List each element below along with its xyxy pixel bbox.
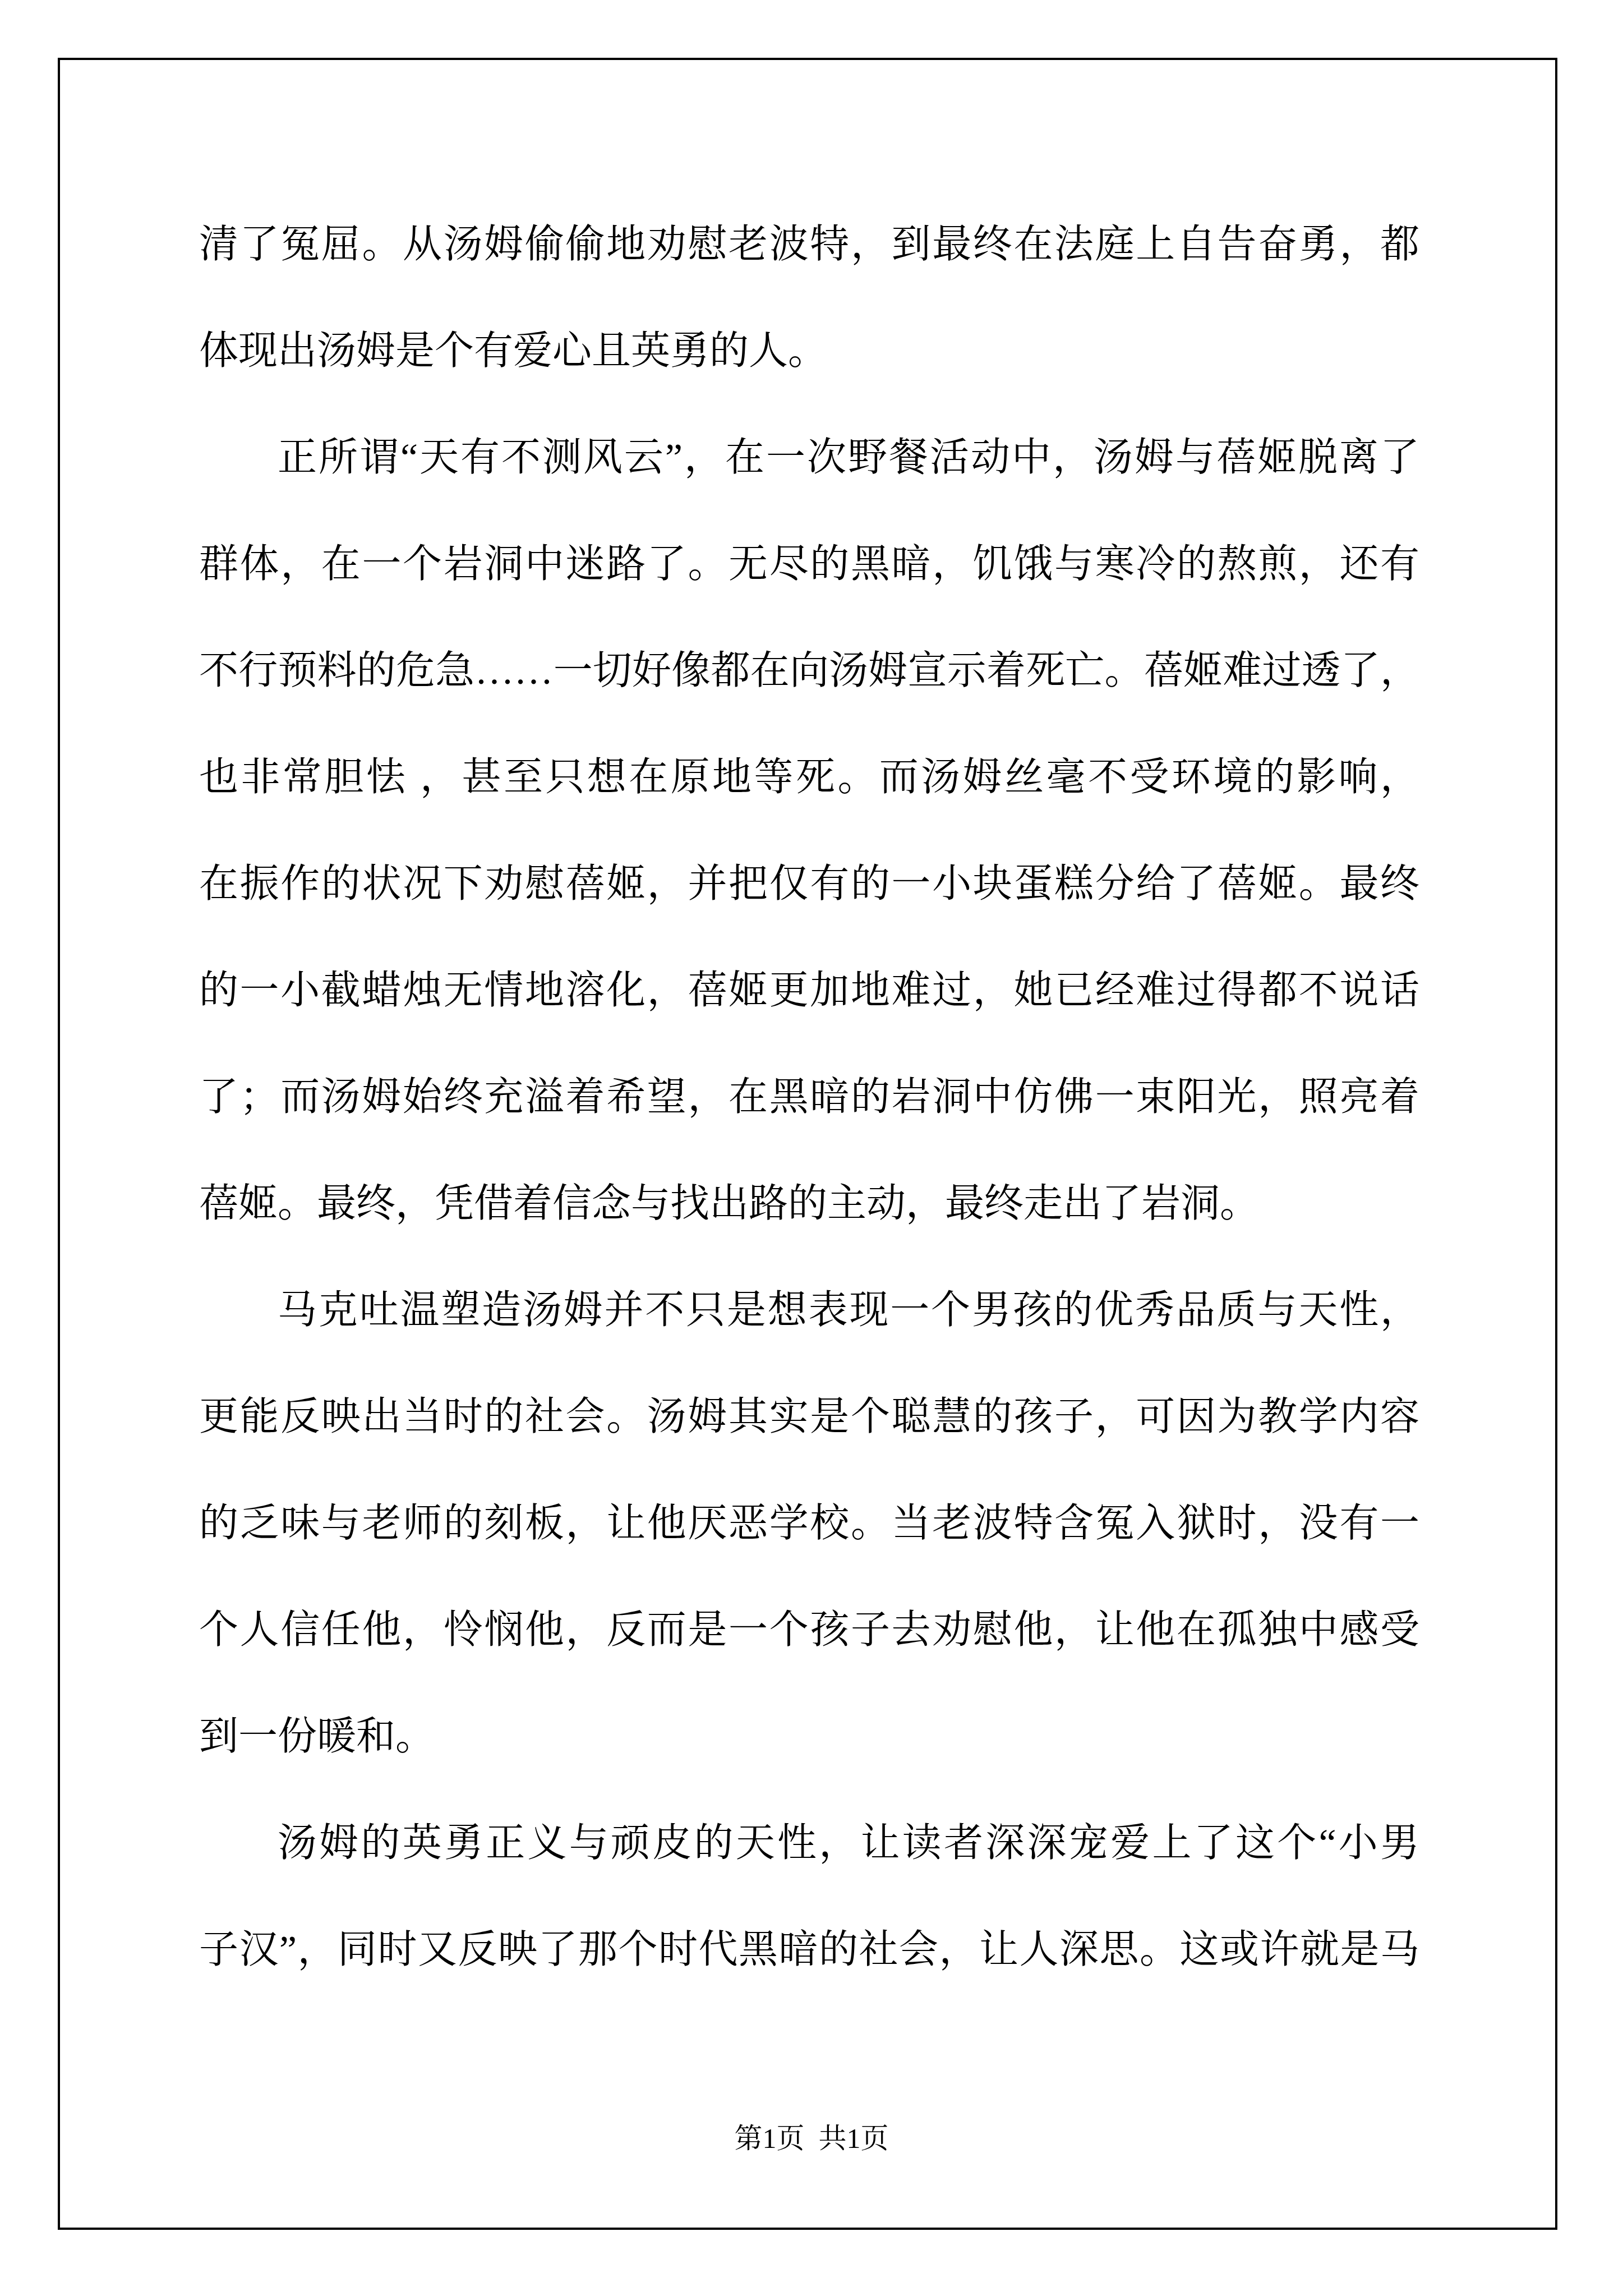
text-line: 群体，在一个岩洞中迷路了。无尽的黑暗，饥饿与寒冷的熬煎，还有 xyxy=(199,512,1419,618)
text-line: 马克吐温塑造汤姆并不只是想表现一个男孩的优秀品质与天性， xyxy=(199,1258,1419,1364)
text-line: 个人信任他，怜悯他，反而是一个孩子去劝慰他，让他在孤独中感受 xyxy=(199,1577,1419,1684)
text-line: 正所谓“天有不测风云”，在一次野餐活动中，汤姆与蓓姬脱离了 xyxy=(199,405,1419,512)
text-line: 更能反映出当时的社会。汤姆其实是个聪慧的孩子，可因为教学内容 xyxy=(199,1364,1419,1471)
text-line: 汤姆的英勇正义与顽皮的天性，让读者深深宠爱上了这个“小男 xyxy=(199,1791,1419,1897)
text-line: 的乏味与老师的刻板，让他厌恶学校。当老波特含冤入狱时，没有一 xyxy=(199,1471,1419,1577)
document-body: 清了冤屈。从汤姆偷偷地劝慰老波特，到最终在法庭上自告奋勇，都体现出汤姆是个有爱心… xyxy=(199,192,1419,2004)
text-line: 蓓姬。最终，凭借着信念与找出路的主动，最终走出了岩洞。 xyxy=(199,1151,1419,1258)
text-line: 的一小截蜡烛无情地溶化，蓓姬更加地难过，她已经难过得都不说话 xyxy=(199,938,1419,1045)
text-line: 清了冤屈。从汤姆偷偷地劝慰老波特，到最终在法庭上自告奋勇，都 xyxy=(199,192,1419,298)
text-line: 不行预料的危急……一切好像都在向汤姆宣示着死亡。蓓姬难过透了， xyxy=(199,618,1419,725)
document-page: { "page": { "background_color": "#ffffff… xyxy=(0,0,1623,2296)
text-line: 体现出汤姆是个有爱心且英勇的人。 xyxy=(199,298,1419,405)
text-line: 了；而汤姆始终充溢着希望，在黑暗的岩洞中仿佛一束阳光，照亮着 xyxy=(199,1045,1419,1151)
text-line: 子汉”，同时又反映了那个时代黑暗的社会，让人深思。这或许就是马 xyxy=(199,1897,1419,2004)
text-line: 也非常胆怯 ，甚至只想在原地等死。而汤姆丝毫不受环境的影响， xyxy=(199,725,1419,831)
text-line: 到一份暖和。 xyxy=(199,1684,1419,1791)
text-line: 在振作的状况下劝慰蓓姬，并把仅有的一小块蛋糕分给了蓓姬。最终 xyxy=(199,831,1419,938)
page-number-footer: 第1页 共1页 xyxy=(0,2122,1623,2155)
